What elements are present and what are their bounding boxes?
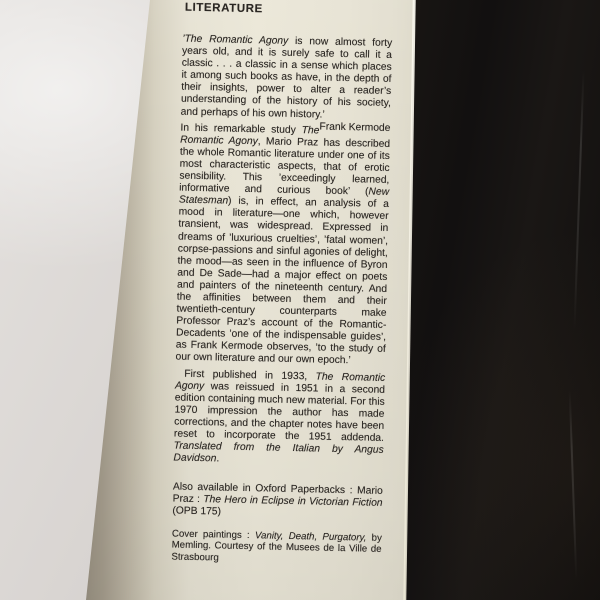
description-text: In his remarkable study The Romantic Ago… — [175, 122, 390, 366]
cover-credit-paragraph: Cover paintings : Vanity, Death, Purgato… — [171, 528, 382, 568]
description-paragraph: In his remarkable study The Romantic Ago… — [175, 122, 390, 368]
review-quote-text: ’The Romantic Agony is now almost forty … — [181, 34, 393, 121]
also-available-text: Also available in Oxford Paperbacks : Ma… — [172, 482, 383, 518]
review-quote-paragraph: ’The Romantic Agony is now almost forty … — [181, 34, 393, 123]
dark-backdrop — [400, 0, 600, 600]
also-available-paragraph: Also available in Oxford Paperbacks : Ma… — [172, 482, 383, 523]
scratch-mark — [573, 70, 584, 330]
cover-text-block: LITERATURE ’The Romantic Agony is now al… — [171, 2, 393, 573]
cover-credit-text: Cover paintings : Vanity, Death, Purgato… — [171, 528, 382, 564]
photo-stage: LITERATURE ’The Romantic Agony is now al… — [0, 0, 600, 600]
publication-history-paragraph: First published in 1933, The Romantic Ag… — [173, 368, 385, 469]
publication-history-text: First published in 1933, The Romantic Ag… — [173, 368, 385, 464]
quote-attribution: Frank Kermode — [319, 121, 390, 135]
scratch-mark — [569, 390, 578, 580]
